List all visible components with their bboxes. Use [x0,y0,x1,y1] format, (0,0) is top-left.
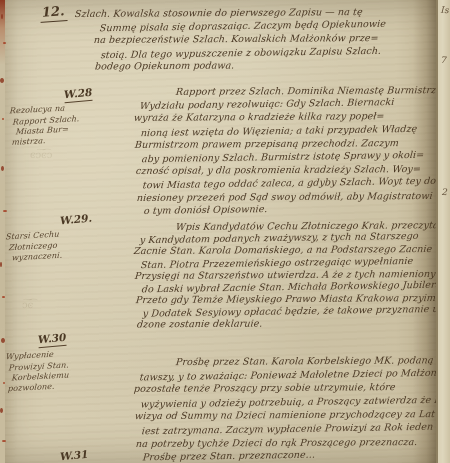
red-speckle [2,440,6,442]
text-line: Prośbę przez Stan. Karola Korbelskiego M… [175,355,450,368]
text-line: tawszy, y to zważaiąc: Ponieważ Małoletn… [139,367,448,383]
margin-note-line: Wypłacenie [6,350,55,361]
text-line: wyraża że Katarzyna o kradzieże kilka ra… [133,112,385,125]
red-speckle [0,262,2,267]
facing-page-edge [438,0,450,463]
text-line: na potrzeby tychże Dzieci do rąk Prosząc… [135,437,418,450]
text-line: nioną iest wzięta do Więzienia; a taki p… [140,123,417,138]
ink-bleedthrough: ͼͻ͠ͼ͡ͻ [29,150,53,161]
margin-note-line: Rapport Szlach. [13,114,80,126]
text-line: o tym doniósł Opisownie. [143,204,268,217]
book-binding-edge [0,0,5,463]
facing-page-text-fragment: Is [441,6,450,16]
text-line: stoią. Dla tego wypuszczenie z obowiązku… [100,45,381,60]
text-line: wyżywienia y odzieży potrzebuią, a Prosz… [140,394,450,410]
margin-note-label: W.30 [37,332,67,348]
text-line: niesioney przezeń pod Sąd swoy odmówił, … [136,191,433,204]
red-speckle [3,382,5,384]
margin-note-line: Miasta Bur= [16,125,70,137]
text-line: Rapport przez Szlach. Dominika Niemastę … [175,85,442,98]
red-speckle [1,338,5,343]
text-line: Summę pisała się dopraszaiąc. Zaczym będ… [99,19,386,34]
book-gutter-shadow [413,0,437,463]
text-line: Prośbę przez Stan. przeznaczone… [142,450,315,463]
margin-note-label: W.29. [60,213,93,228]
red-speckle [3,42,6,44]
text-line: towi Miasta tego oddać zaleca, a gdyby S… [142,176,444,192]
margin-note-line: Korbelskiemu [12,371,70,383]
red-speckle [3,210,7,212]
red-speckle [2,296,5,298]
text-line: aby pomieniony Szlach. Burmistrz istotę … [141,150,424,165]
margin-note-label: W.31 [60,449,89,463]
manuscript-page: 12. W.28Rezolucya naRapport Szlach.Miast… [0,0,450,463]
text-line: czność opisał, y dla poskromienia kradzi… [135,164,421,177]
text-line: iest zatrzymana. Zaczym wypłacenie Prowi… [141,422,433,438]
margin-note-line: Złotniczego [9,240,58,252]
ink-bleedthrough: ͻ͠ͼ͡ [21,300,34,311]
text-line: y Dodatek Sesyiowy opłacać będzie, że ta… [142,304,450,320]
margin-note-line: Rezolucya na [10,104,66,116]
text-line: dzone zostanie deklaruie. [136,318,263,330]
text-line: Burmistrzom prawem przepisaną przechodzi… [134,138,399,151]
margin-note-line: wyznaczeni. [12,251,63,263]
margin-note-label: W.28 [63,87,93,103]
facing-page-text-fragment: 7 [441,56,447,66]
red-speckle [0,78,4,83]
text-line: Szlach. Kowalska stosownie do pierwszego… [74,7,363,20]
red-speckle [0,408,3,413]
page-number: 12. [39,4,67,23]
text-line: Wydziału podany rezolwuiąc: Gdy Szlach. … [139,97,395,112]
margin-note-line: Starsi Cechu [6,230,60,242]
red-speckle [1,14,3,19]
red-speckle [2,118,4,120]
text-line: na bezpieczeństwie Szlach. Kowalskich Ma… [93,33,379,46]
text-line: wizya od Summy na Dzieci namienione przy… [134,409,450,422]
margin-note-line: mistrza. [12,136,46,147]
text-line: bodego Opiekunom podawa. [94,60,235,72]
red-speckle [1,166,4,171]
text-line: pozostałe tenże Proszący przy sobie utrz… [133,382,396,395]
facing-page-text-fragment: 2 [442,188,448,198]
margin-note-line: pozwolone. [8,381,55,392]
